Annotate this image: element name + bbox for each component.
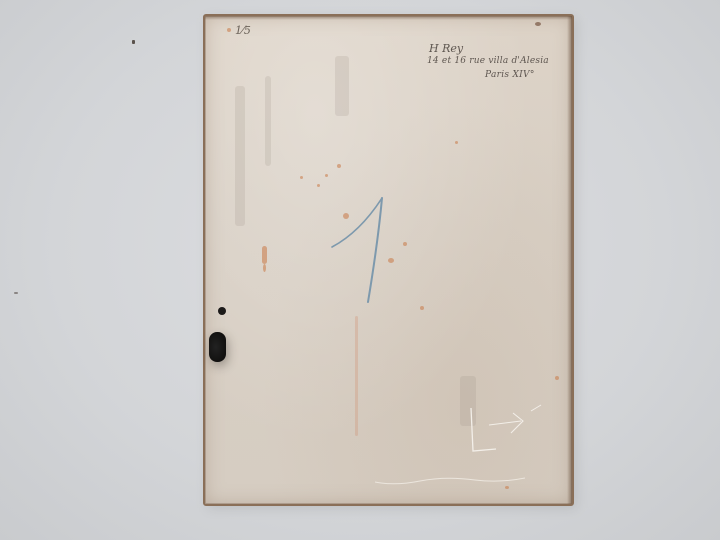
- scratch-marks: [461, 403, 561, 463]
- grime-streak: [235, 86, 245, 226]
- city-inscription: Paris XIV°: [485, 70, 535, 80]
- rust-stain: [337, 164, 341, 168]
- rust-stain: [455, 141, 458, 144]
- rust-stain: [325, 174, 328, 177]
- blue-pencil-number-one: [330, 192, 390, 307]
- panel-top-edge: [205, 16, 572, 20]
- inventory-number: 1⁄5: [235, 24, 251, 37]
- rust-stain: [555, 376, 559, 380]
- artist-name-inscription: H Rey: [429, 42, 463, 55]
- panel-back: 1⁄5 H Rey 14 et 16 rue villa d'Alesia Pa…: [203, 14, 574, 506]
- grime-streak: [335, 56, 349, 116]
- rust-stain: [263, 264, 266, 272]
- crack-line: [375, 472, 525, 492]
- rust-stain: [403, 242, 407, 246]
- address-inscription: 14 et 16 rue villa d'Alesia: [427, 56, 549, 66]
- dust-speck: [14, 292, 18, 294]
- grime-streak: [265, 76, 271, 166]
- rust-stain: [300, 176, 303, 179]
- panel-right-edge: [567, 16, 572, 504]
- nail-hole-small: [218, 307, 226, 315]
- rust-stain: [420, 306, 424, 310]
- rust-stain: [317, 184, 320, 187]
- rust-stain: [262, 246, 267, 264]
- nail-hole-large: [209, 332, 226, 362]
- rust-stain: [535, 22, 541, 26]
- rust-stain: [227, 28, 231, 32]
- dust-speck: [132, 40, 135, 44]
- stain-streak: [355, 316, 358, 436]
